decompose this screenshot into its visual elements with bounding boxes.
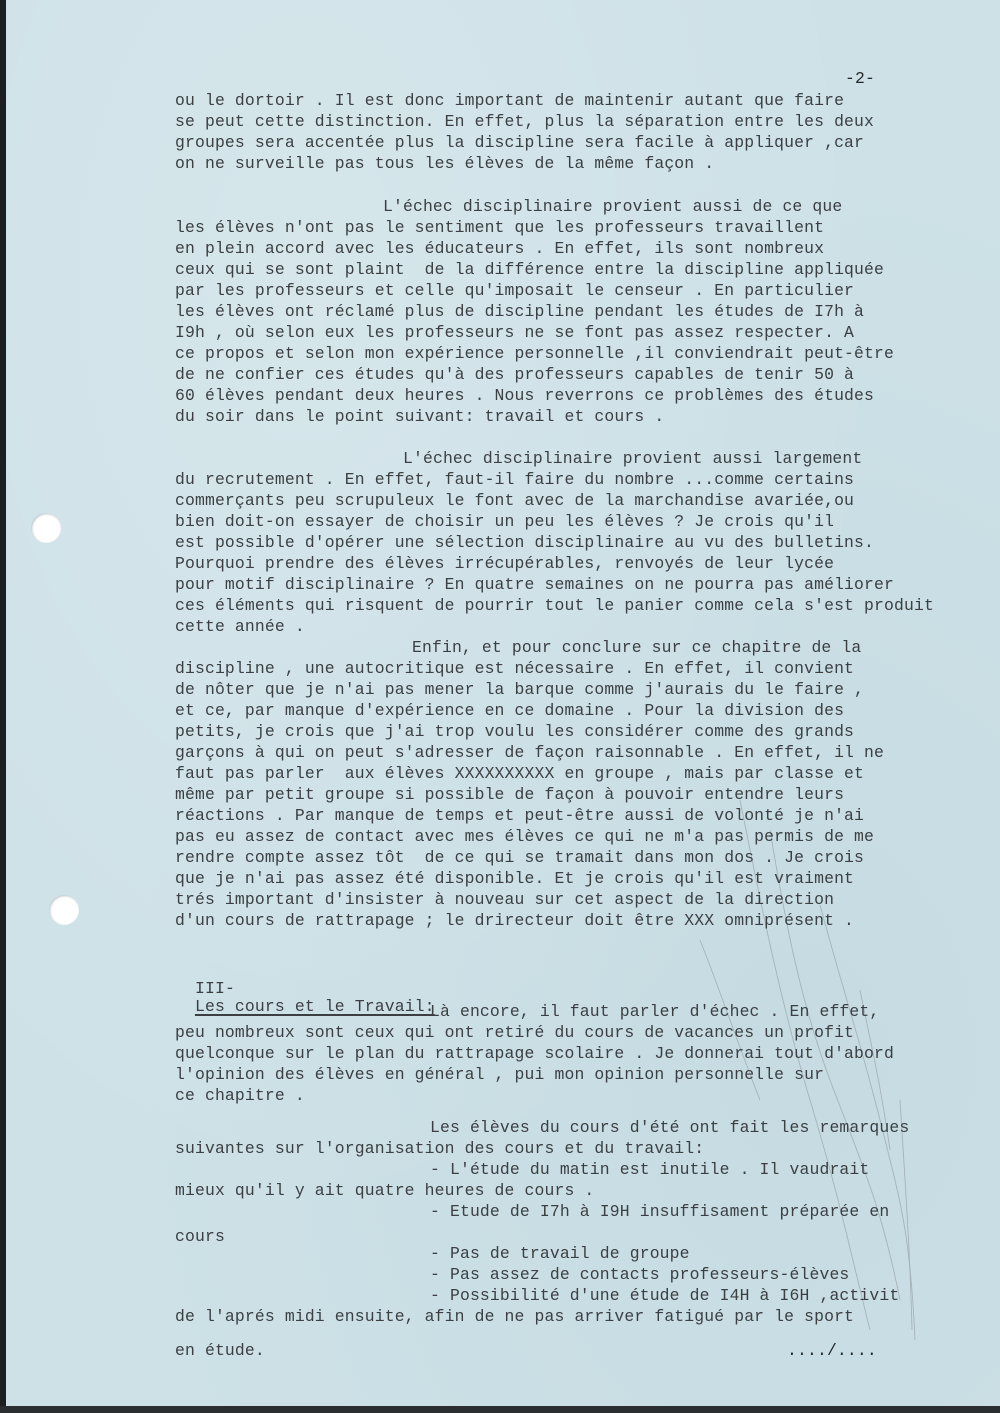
text-line: Les élèves du cours d'été ont fait les r… [430, 1119, 909, 1137]
section-heading: III- Les cours et le Travail: [175, 962, 435, 1016]
text-line: par les professeurs et celle qu'imposait… [175, 282, 854, 300]
text-line: l'opinion des élèves en général , pui mo… [175, 1066, 824, 1084]
continuation-mark: ..../.... [787, 1342, 877, 1360]
text-line: du recrutement . En effet, faut-il faire… [175, 471, 854, 489]
text-line: Enfin, et pour conclure sur ce chapitre … [412, 639, 861, 657]
text-line: suivantes sur l'organisation des cours e… [175, 1140, 704, 1158]
remark-item: - Pas assez de contacts professeurs-élèv… [430, 1266, 849, 1284]
text-line: petits, je crois que j'ai trop voulu les… [175, 723, 854, 741]
text-line: ou le dortoir . Il est donc important de… [175, 92, 844, 110]
text-line: cette année . [175, 618, 305, 636]
text-line: rendre compte assez tôt de ce qui se tra… [175, 849, 864, 867]
text-line: peu nombreux sont ceux qui ont retiré du… [175, 1024, 854, 1042]
text-line: trés important d'insister à nouveau sur … [175, 891, 834, 909]
text-line: 60 élèves pendant deux heures . Nous rev… [175, 387, 874, 405]
text-line: ceux qui se sont plaint de la différence… [175, 261, 884, 279]
text-line: faut pas parler aux élèves XXXXXXXXXX en… [175, 765, 864, 783]
text-line: ce chapitre . [175, 1087, 305, 1105]
remark-continuation: cours [175, 1228, 225, 1246]
text-line: du soir dans le point suivant: travail e… [175, 408, 664, 426]
remark-item: - L'étude du matin est inutile . Il vaud… [430, 1161, 869, 1179]
remark-item: - Possibilité d'une étude de I4H à I6H ,… [430, 1287, 899, 1305]
text-line: pour motif disciplinaire ? En quatre sem… [175, 576, 894, 594]
punch-hole-top [31, 513, 61, 543]
text-line: se peut cette distinction. En effet, plu… [175, 113, 874, 131]
remark-item: - Pas de travail de groupe [430, 1245, 690, 1263]
text-line: ces éléments qui risquent de pourrir tou… [175, 597, 934, 615]
text-line: les élèves n'ont pas le sentiment que le… [175, 219, 824, 237]
text-line: L'échec disciplinaire provient aussi lar… [403, 450, 862, 468]
text-line: groupes sera accentée plus la discipline… [175, 134, 864, 152]
text-line: les élèves ont réclamé plus de disciplin… [175, 303, 864, 321]
text-line: on ne surveille pas tous les élèves de l… [175, 155, 714, 173]
text-line: même par petit groupe si possible de faç… [175, 786, 844, 804]
text-line: est possible d'opérer une sélection disc… [175, 534, 874, 552]
text-line: en étude. [175, 1342, 265, 1360]
text-line: et ce, par manque d'expérience en ce dom… [175, 702, 844, 720]
text-line: en plein accord avec les éducateurs . En… [175, 240, 824, 258]
remark-continuation: mieux qu'il y ait quatre heures de cours… [175, 1182, 594, 1200]
text-line: d'un cours de rattrapage ; le drirecteur… [175, 912, 854, 930]
remark-item: - Etude de I7h à I9H insuffisament prépa… [430, 1203, 889, 1221]
text-line: réactions . Par manque de temps et peut-… [175, 807, 864, 825]
text-line: de ne confier ces études qu'à des profes… [175, 366, 854, 384]
scan-bottom-edge [0, 1406, 1000, 1413]
text-line: de nôter que je n'ai pas mener la barque… [175, 681, 864, 699]
text-line: I9h , où selon eux les professeurs ne se… [175, 324, 854, 342]
text-line: garçons à qui on peut s'adresser de faço… [175, 744, 884, 762]
text-line: Là encore, il faut parler d'échec . En e… [430, 1003, 879, 1021]
remark-continuation: de l'aprés midi ensuite, afin de ne pas … [175, 1308, 854, 1326]
text-line: bien doit-on essayer de choisir un peu l… [175, 513, 834, 531]
text-line: Pourquoi prendre des élèves irrécupérabl… [175, 555, 834, 573]
section-title: Les cours et le Travail: [195, 997, 435, 1016]
text-line: quelconque sur le plan du rattrapage sco… [175, 1045, 894, 1063]
text-line: L'échec disciplinaire provient aussi de … [383, 198, 842, 216]
section-number: III- [195, 979, 235, 998]
text-line: pas eu assez de contact avec mes élèves … [175, 828, 874, 846]
punch-hole-bottom [49, 895, 79, 925]
text-line: discipline , une autocritique est nécess… [175, 660, 854, 678]
text-line: ce propos et selon mon expérience person… [175, 345, 894, 363]
page-number: -2- [845, 70, 875, 88]
text-line: que je n'ai pas assez été disponible. Et… [175, 870, 854, 888]
text-line: commerçants peu scrupuleux le font avec … [175, 492, 854, 510]
